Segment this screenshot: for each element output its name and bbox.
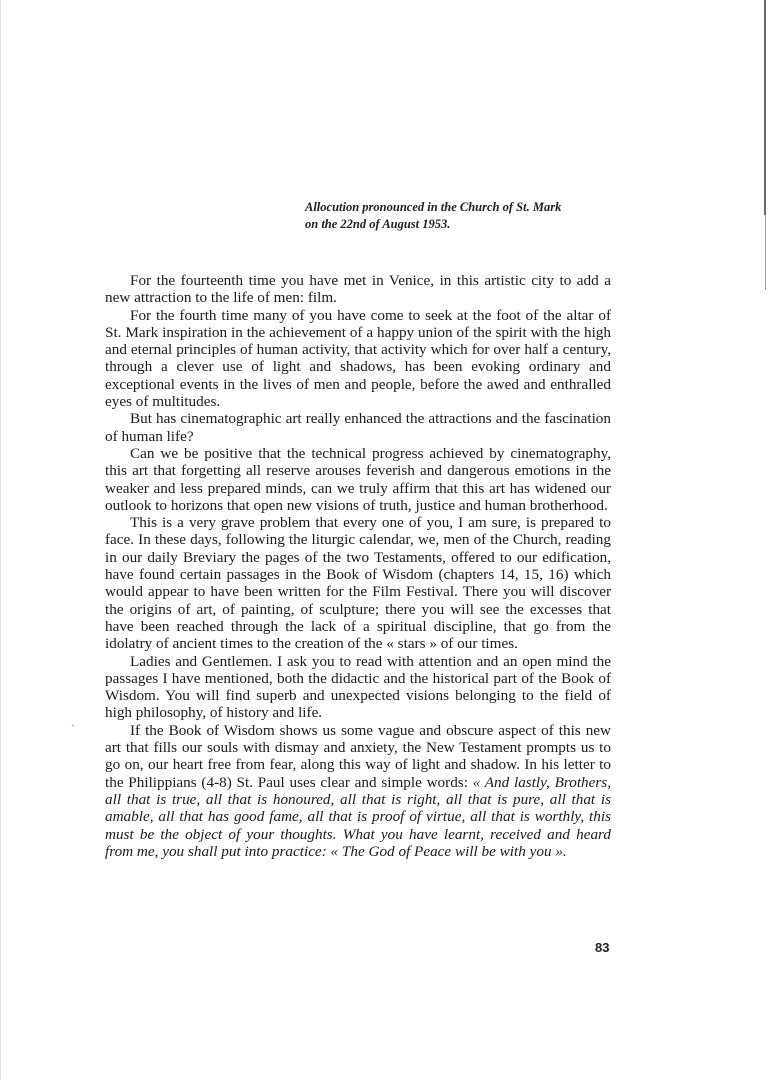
heading-line-1: Allocution pronounced in the Church of S… bbox=[305, 199, 625, 216]
paragraph-2: For the fourth time many of you have com… bbox=[105, 307, 611, 411]
page-number: 83 bbox=[595, 940, 609, 955]
heading-line-2: on the 22nd of August 1953. bbox=[305, 216, 625, 233]
paragraph-1: For the fourteenth time you have met in … bbox=[105, 272, 611, 307]
paragraph-3: But has cinematographic art really enhan… bbox=[105, 410, 611, 445]
body-text: For the fourteenth time you have met in … bbox=[105, 272, 611, 860]
paragraph-4: Can we be positive that the technical pr… bbox=[105, 445, 611, 514]
paragraph-6: Ladies and Gentlemen. I ask you to read … bbox=[105, 653, 611, 722]
paragraph-7: If the Book of Wisdom shows us some vagu… bbox=[105, 722, 611, 860]
paragraph-5: This is a very grave problem that every … bbox=[105, 514, 611, 652]
margin-mark: ˏ bbox=[71, 716, 74, 727]
page-edge-line bbox=[764, 0, 766, 215]
allocution-heading: Allocution pronounced in the Church of S… bbox=[305, 199, 625, 233]
page-left-edge bbox=[0, 0, 1, 1080]
page-edge-line-thin bbox=[765, 215, 766, 290]
